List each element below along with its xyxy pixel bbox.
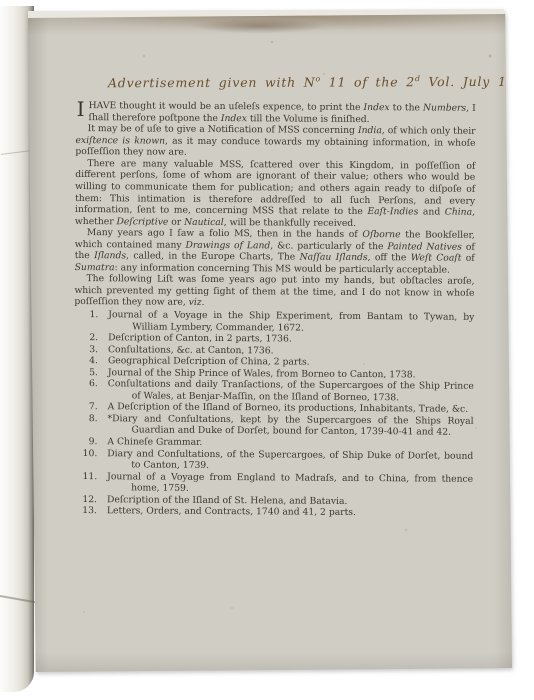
item-text: Deſcription of Canton, in 2 parts, 1736.	[108, 332, 292, 344]
item-number: 2.	[80, 332, 98, 344]
item-number: 5.	[80, 367, 98, 379]
item-text: Letters, Orders, and Contracts, 1740 and…	[107, 506, 356, 519]
paragraph-text: HAVE thought it would be an uſeleſs expe…	[89, 100, 476, 125]
drop-cap-initial: I	[76, 100, 89, 118]
item-number: 11.	[79, 471, 97, 483]
item-text: Journal of a Voyage from England to Madr…	[107, 471, 473, 494]
item-number: 12.	[79, 494, 97, 506]
item-number: 9.	[79, 436, 97, 448]
item-number: 4.	[80, 355, 98, 367]
item-number: 3.	[80, 344, 98, 356]
item-text: Conſultations and daily Tranſactions, of…	[108, 379, 474, 404]
page-content: Advertisement given with No 11 of the 2d…	[73, 70, 476, 520]
paragraph-folio-ms: Many years ago I ſaw a folio MS, then in…	[75, 227, 475, 276]
item-text: Diary and Conſultations, of the Supercar…	[107, 448, 473, 471]
handwritten-annotation: Advertisement given with No 11 of the 2d…	[108, 71, 476, 91]
list-item: 8.*Diary and Conſultations, kept by the …	[73, 413, 473, 439]
paragraph-valuable-mss: There are many valuable MSS, ſcattered o…	[75, 158, 475, 230]
list-item: 10.Diary and Conſultations, of the Super…	[73, 448, 473, 474]
book-photograph: Advertisement given with No 11 of the 2d…	[0, 0, 534, 700]
paragraph-intro: IHAVE thought it would be an uſeleſs exp…	[76, 100, 476, 126]
list-item: 1.Journal of a Voyage in the Ship Experi…	[74, 309, 474, 335]
page-wrapper: Advertisement given with No 11 of the 2d…	[20, 8, 520, 678]
item-number: 1.	[80, 309, 98, 321]
list-item: 13.Letters, Orders, and Contracts, 1740 …	[73, 505, 473, 519]
item-text: Deſcription of the Iſland of St. Helena,…	[107, 494, 347, 507]
item-text: *Diary and Conſultations, kept by the Su…	[108, 413, 474, 438]
item-number: 7.	[80, 401, 98, 413]
item-text: Conſultations, &c. at Canton, 1736.	[108, 344, 274, 356]
item-text: A Chineſe Grammar.	[107, 436, 202, 448]
item-number: 6.	[80, 378, 98, 390]
item-text: Geographical Deſcription of China, 2 par…	[108, 355, 310, 367]
paragraph-following-list: The following Liſt was ſome years ago pu…	[74, 273, 474, 310]
book-page: Advertisement given with No 11 of the 2d…	[24, 12, 514, 672]
paragraph-notification: It may be of uſe to give a Notification …	[75, 123, 475, 160]
item-number: 8.	[80, 413, 98, 425]
list-item: 11.Journal of a Voyage from England to M…	[73, 471, 473, 497]
list-item: 6.Conſultations and daily Tranſactions, …	[74, 378, 474, 404]
item-text: Journal of a Voyage in the Ship Experime…	[108, 309, 474, 333]
item-number: 10.	[79, 448, 97, 460]
manuscript-list: 1.Journal of a Voyage in the Ship Experi…	[73, 309, 474, 520]
item-number: 13.	[79, 505, 97, 517]
